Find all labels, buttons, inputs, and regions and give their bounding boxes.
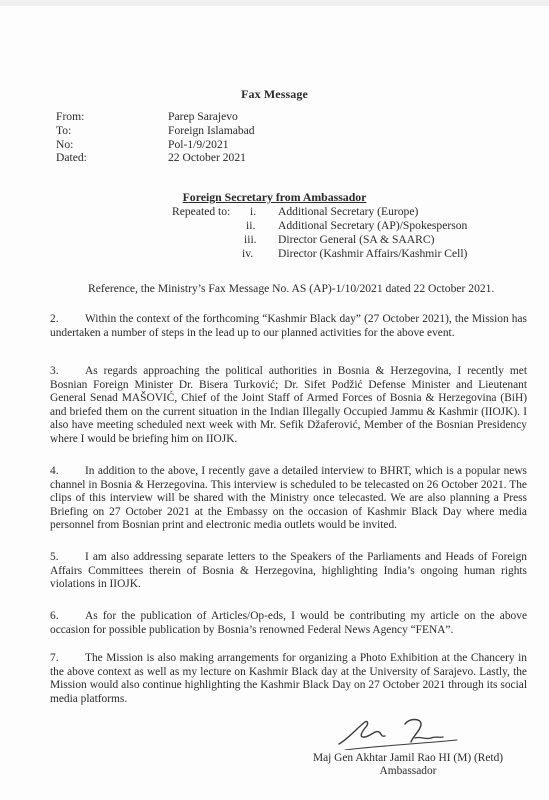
item-text: Director General (SA & SAARC) bbox=[278, 233, 435, 247]
item-number: iii. bbox=[244, 233, 278, 247]
item-text: Additional Secretary (Europe) bbox=[278, 205, 418, 219]
signatory-designation: Ambassador bbox=[293, 765, 523, 778]
to-value: Foreign Islamabad bbox=[168, 124, 255, 138]
paragraph-4: 4.In addition to the above, I recently g… bbox=[50, 465, 527, 533]
paragraph-text: The Mission is also making arrangements … bbox=[50, 652, 527, 705]
to-row: To: Foreign Islamabad bbox=[56, 124, 255, 138]
number-value: Pol-1/9/2021 bbox=[168, 138, 229, 152]
signatory-block: Maj Gen Akhtar Jamil Rao HI (M) (Retd) A… bbox=[293, 752, 523, 779]
repeated-to-item: Repeated to: i. Additional Secretary (Eu… bbox=[172, 205, 467, 219]
subject-heading: Foreign Secretary from Ambassador bbox=[0, 191, 549, 205]
paragraph-number: 3. bbox=[50, 365, 85, 379]
repeated-to-label: Repeated to: bbox=[172, 205, 250, 219]
paragraph-5: 5.I am also addressing separate letters … bbox=[50, 551, 527, 592]
repeated-to-item: iii. Director General (SA & SAARC) bbox=[172, 233, 467, 247]
number-label: No: bbox=[56, 138, 168, 152]
fax-header-block: From: Parep Sarajevo To: Foreign Islamab… bbox=[56, 110, 255, 165]
paragraph-text: I am also addressing separate letters to… bbox=[50, 551, 527, 590]
from-label: From: bbox=[56, 110, 168, 124]
dated-label: Dated: bbox=[56, 151, 168, 165]
paragraph-number: 4. bbox=[50, 465, 85, 479]
paragraph-number: 5. bbox=[50, 551, 85, 565]
repeated-to-item: ii. Additional Secretary (AP)/Spokespers… bbox=[172, 219, 467, 233]
paragraph-text: As for the publication of Articles/Op-ed… bbox=[50, 610, 527, 636]
paragraph-number: 7. bbox=[50, 652, 85, 666]
item-number: i. bbox=[250, 205, 278, 219]
from-row: From: Parep Sarajevo bbox=[56, 110, 255, 124]
to-label: To: bbox=[56, 124, 168, 138]
document-title: Fax Message bbox=[0, 88, 549, 102]
reference-line: Reference, the Ministry’s Fax Message No… bbox=[88, 282, 494, 296]
paragraph-text: As regards approaching the political aut… bbox=[50, 365, 527, 445]
paragraph-number: 6. bbox=[50, 610, 85, 624]
repeated-to-item: iv. Director (Kashmir Affairs/Kashmir Ce… bbox=[172, 247, 467, 261]
paragraph-2: 2.Within the context of the forthcoming … bbox=[50, 313, 527, 340]
fax-document-page: Fax Message From: Parep Sarajevo To: For… bbox=[0, 0, 549, 800]
paragraph-3: 3.As regards approaching the political a… bbox=[50, 365, 527, 447]
number-row: No: Pol-1/9/2021 bbox=[56, 138, 255, 152]
item-number: ii. bbox=[246, 219, 278, 233]
signatory-name: Maj Gen Akhtar Jamil Rao HI (M) (Retd) bbox=[293, 752, 523, 765]
item-text: Director (Kashmir Affairs/Kashmir Cell) bbox=[278, 247, 467, 261]
paragraph-6: 6.As for the publication of Articles/Op-… bbox=[50, 610, 527, 637]
item-text: Additional Secretary (AP)/Spokesperson bbox=[278, 219, 467, 233]
item-number: iv. bbox=[242, 247, 278, 261]
handwritten-signature-icon bbox=[335, 716, 465, 750]
dated-value: 22 October 2021 bbox=[168, 151, 246, 165]
paragraph-text: In addition to the above, I recently gav… bbox=[50, 465, 527, 531]
from-value: Parep Sarajevo bbox=[168, 110, 238, 124]
repeated-to-block: Repeated to: i. Additional Secretary (Eu… bbox=[172, 205, 467, 261]
paragraph-7: 7.The Mission is also making arrangement… bbox=[50, 652, 527, 706]
dated-row: Dated: 22 October 2021 bbox=[56, 151, 255, 165]
paragraph-text: Within the context of the forthcoming “K… bbox=[50, 313, 527, 339]
paragraph-number: 2. bbox=[50, 313, 85, 327]
scan-top-edge bbox=[0, 0, 549, 6]
